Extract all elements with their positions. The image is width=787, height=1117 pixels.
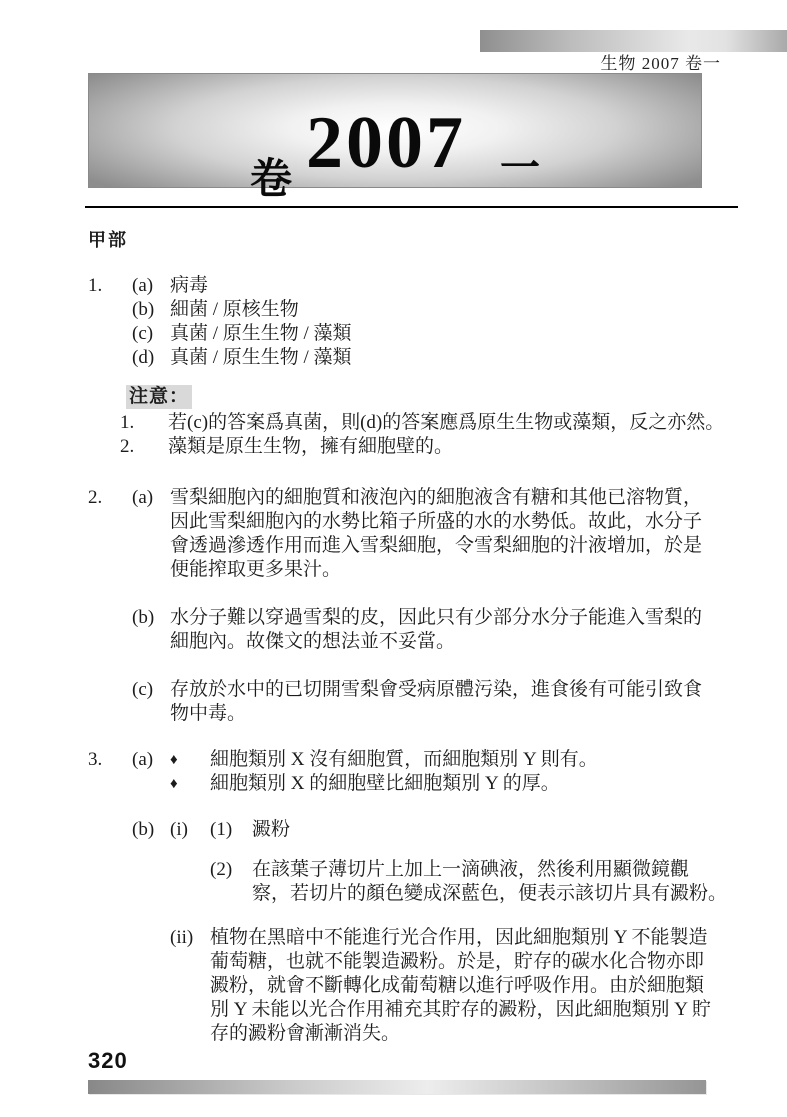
diamond-bullet-icon: ♦ [170, 772, 210, 796]
part-label: (b) [132, 298, 170, 322]
question-1-part-d: (d) 真菌 / 原生生物 / 藻類 [88, 346, 743, 370]
sub-label: (i) [170, 818, 210, 842]
question-1-part-a: 1. (a) 病毒 [88, 274, 743, 298]
question-number: 2. [88, 486, 132, 510]
answer-text: 存放於水中的已切開雪梨會受病原體污染，進食後有可能引致食 物中毒。 [170, 678, 743, 726]
note-item-number: 2. [120, 435, 168, 459]
part-label: (b) [132, 818, 170, 842]
answer-text: 細胞類別 X 的細胞壁比細胞類別 Y 的厚。 [210, 772, 743, 796]
page-number: 320 [88, 1048, 128, 1074]
part-label: (b) [132, 606, 170, 630]
answer-text: 澱粉 [252, 818, 743, 842]
note-item-1: 1. 若(c)的答案爲真菌，則(d)的答案應爲原生生物或藻類，反之亦然。 [120, 411, 745, 435]
banner-year: 2007 [306, 88, 466, 198]
question-number: 3. [88, 748, 132, 772]
note-item-text: 若(c)的答案爲真菌，則(d)的答案應爲原生生物或藻類，反之亦然。 [168, 411, 745, 435]
answer-text: 真菌 / 原生生物 / 藻類 [170, 346, 743, 370]
page-header-title: 生物 2007 卷一 [601, 49, 722, 74]
part-label: (a) [132, 748, 170, 772]
part-label: (c) [132, 678, 170, 702]
question-2-part-b: (b) 水分子難以穿過雪梨的皮，因此只有少部分水分子能進入雪梨的 細胞內。故傑文… [88, 606, 743, 654]
answer-text: 植物在黑暗中不能進行光合作用，因此細胞類別 Y 不能製造 葡萄糖，也就不能製造澱… [210, 926, 743, 1046]
item-label: (1) [210, 818, 252, 842]
part-label: (a) [132, 274, 170, 298]
question-3-part-b-i-2: (2) 在該葉子薄切片上加上一滴碘液，然後利用顯微鏡觀 察，若切片的顏色變成深藍… [88, 858, 743, 906]
diamond-bullet-icon: ♦ [170, 748, 210, 772]
footer-gradient-bar [88, 1080, 706, 1094]
title-banner-text: 卷 2007 一 [250, 88, 540, 198]
answer-text: 細菌 / 原核生物 [170, 298, 743, 322]
bullet-point-2: ♦ 細胞類別 X 的細胞壁比細胞類別 Y 的厚。 [88, 772, 743, 796]
item-label: (2) [210, 858, 252, 882]
question-3-part-b-ii: (ii) 植物在黑暗中不能進行光合作用，因此細胞類別 Y 不能製造 葡萄糖，也就… [88, 926, 743, 1046]
title-banner: 卷 2007 一 [88, 73, 702, 188]
question-1-part-b: (b) 細菌 / 原核生物 [88, 298, 743, 322]
bullet-point-1: 3. (a) ♦ 細胞類別 X 沒有細胞質，而細胞類別 Y 則有。 [88, 748, 743, 772]
part-label: (c) [132, 322, 170, 346]
banner-left-char: 卷 [250, 146, 292, 206]
question-3-part-b-i-1: (b) (i) (1) 澱粉 [88, 818, 743, 842]
note-title: 注意： [126, 385, 192, 409]
sub-label: (ii) [170, 926, 210, 950]
answer-text: 病毒 [170, 274, 743, 298]
note-item-text: 藻類是原生生物，擁有細胞壁的。 [168, 435, 745, 459]
part-label: (a) [132, 486, 170, 510]
answer-text: 水分子難以穿過雪梨的皮，因此只有少部分水分子能進入雪梨的 細胞內。故傑文的想法並… [170, 606, 743, 654]
question-1: 1. (a) 病毒 (b) 細菌 / 原核生物 (c) 真菌 / 原生生物 / … [88, 274, 743, 370]
question-2-part-a: 2. (a) 雪梨細胞內的細胞質和液泡內的細胞液含有糖和其他已溶物質， 因此雪梨… [88, 486, 743, 582]
horizontal-rule [85, 206, 738, 208]
note-item-number: 1. [120, 411, 168, 435]
question-2-part-c: (c) 存放於水中的已切開雪梨會受病原體污染，進食後有可能引致食 物中毒。 [88, 678, 743, 726]
question-3-part-a: 3. (a) ♦ 細胞類別 X 沒有細胞質，而細胞類別 Y 則有。 ♦ 細胞類別… [88, 748, 743, 796]
note-block: 注意： 1. 若(c)的答案爲真菌，則(d)的答案應爲原生生物或藻類，反之亦然。… [120, 385, 745, 459]
banner-right-char: 一 [500, 136, 540, 193]
section-title: 甲部 [88, 226, 128, 252]
answer-text: 細胞類別 X 沒有細胞質，而細胞類別 Y 則有。 [210, 748, 743, 772]
answer-text: 在該葉子薄切片上加上一滴碘液，然後利用顯微鏡觀 察，若切片的顏色變成深藍色，便表… [252, 858, 743, 906]
question-1-part-c: (c) 真菌 / 原生生物 / 藻類 [88, 322, 743, 346]
note-item-2: 2. 藻類是原生生物，擁有細胞壁的。 [120, 435, 745, 459]
answer-text: 雪梨細胞內的細胞質和液泡內的細胞液含有糖和其他已溶物質， 因此雪梨細胞內的水勢比… [170, 486, 743, 582]
answer-text: 真菌 / 原生生物 / 藻類 [170, 322, 743, 346]
question-number: 1. [88, 274, 132, 298]
part-label: (d) [132, 346, 170, 370]
